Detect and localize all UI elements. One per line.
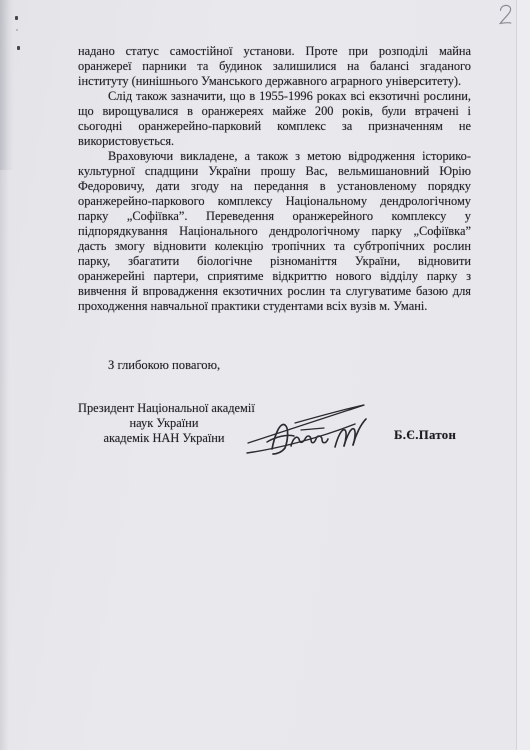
closing-salutation: З глибокою повагою,: [108, 358, 220, 373]
paper-speck: [16, 29, 18, 31]
scan-shadow-top-left: [0, 0, 14, 170]
text-line: парку, збагатити біологічне різноманіття…: [78, 254, 471, 269]
text-line: оранжереї парники та будинок залишилися …: [78, 59, 471, 74]
letter-body: надано статус самостійної установи. Прот…: [78, 44, 471, 314]
signature-scribble: [245, 398, 388, 456]
paper-speck: [15, 16, 18, 20]
handwritten-page-number: [497, 2, 516, 30]
paper-speck: [17, 46, 20, 50]
page-right-edge: [517, 0, 530, 750]
signer-title-line: Президент Національної академії: [78, 401, 250, 416]
text-line: культурної спадщини України прошу Вас, в…: [78, 164, 471, 179]
text-line: інституту (нинішнього Уманського державн…: [78, 74, 471, 89]
signer-name: Б.Є.Патон: [394, 428, 456, 443]
text-line: Слід також зазначити, що в 1955-1996 рок…: [108, 89, 471, 104]
signer-title-line: академік НАН України: [78, 431, 250, 446]
text-line: використовується.: [78, 134, 471, 149]
text-line: що вирощувалися в оранжереях майже 200 р…: [78, 104, 471, 119]
page-edge-line: [516, 0, 517, 750]
text-line: підпорядкування Національного дендрологі…: [78, 224, 471, 239]
text-line: вивчення й впровадження екзотичних росли…: [78, 284, 471, 299]
signer-title-block: Президент Національної академії наук Укр…: [78, 401, 250, 446]
text-line: парку „Софіївка”. Переведення оранжерейн…: [78, 209, 471, 224]
text-line: оранжерейні партери, сприятиме відкриттю…: [78, 269, 471, 284]
text-line: оранжерейно-паркового комплексу Націонал…: [78, 194, 471, 209]
text-line: сьогодні оранжерейно-парковий комплекс з…: [78, 119, 471, 134]
text-line: Враховуючи викладене, а також з метою ві…: [108, 149, 471, 164]
text-line: Федоровичу, дати згоду на передання в ус…: [78, 179, 471, 194]
signer-title-line: наук України: [78, 416, 250, 431]
text-line: проходження навчальної практики студента…: [78, 299, 471, 314]
text-line: дасть змогу відновити колекцію тропічних…: [78, 239, 471, 254]
text-line: надано статус самостійної установи. Прот…: [78, 44, 471, 59]
